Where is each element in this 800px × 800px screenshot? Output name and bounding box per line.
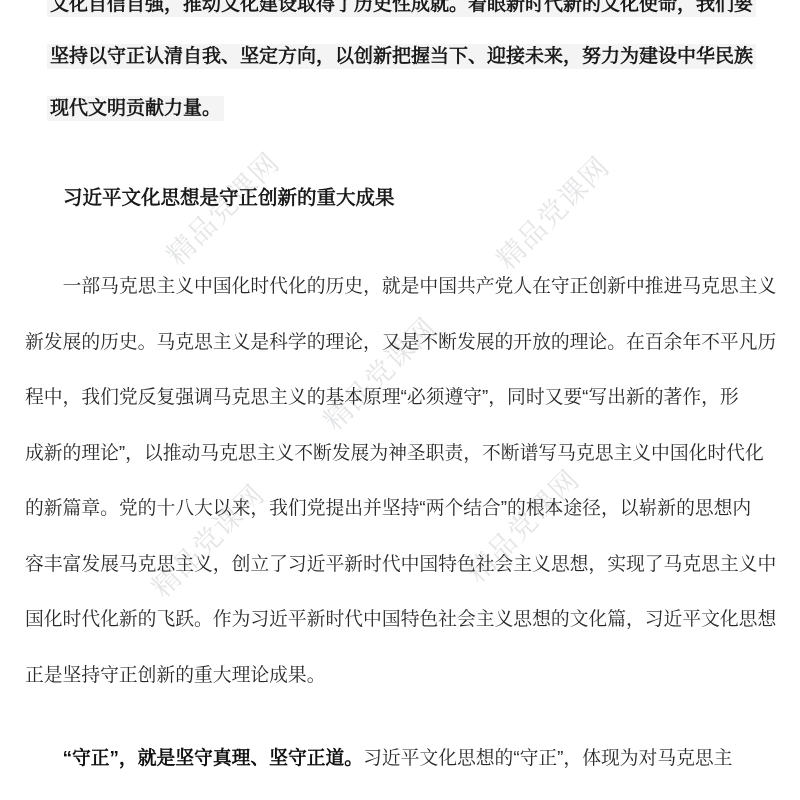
article-body: 文化自信自强，推动文化建设取得了历史性成就。着眼新时代新的文化使命，我们要 坚持… (0, 0, 800, 786)
body-paragraph: 一部马克思主义中国化时代化的历史，就是中国共产党人在守正创新中推进马克思主义 新… (25, 258, 795, 702)
bold-lead-text: “守正”，就是坚守真理、坚守正道。 (63, 747, 364, 768)
highlighted-text: 坚持以守正认清自我、坚定方向，以创新把握当下、迎接未来，努力为建设中华民族 (47, 44, 756, 69)
regular-text: 习近平文化思想的“守正”，体现为对马克思主 (363, 747, 732, 768)
intro-line: 坚持以守正认清自我、坚定方向，以创新把握当下、迎接未来，努力为建设中华民族 (47, 31, 757, 83)
body-line: 新发展的历史。马克思主义是科学的理论，又是不断发展的开放的理论。在百余年不平凡历 (25, 314, 795, 370)
closing-paragraph: “守正”，就是坚守真理、坚守正道。习近平文化思想的“守正”，体现为对马克思主 (25, 730, 795, 786)
body-line: 容丰富发展马克思主义，创立了习近平新时代中国特色社会主义思想，实现了马克思主义中 (25, 536, 795, 592)
intro-line: 现代文明贡献力量。 (47, 83, 757, 135)
document-page: { "page": { "background_color": "#ffffff… (0, 0, 800, 800)
body-line: 的新篇章。党的十八大以来，我们党提出并坚持“两个结合”的根本途径，以崭新的思想内 (25, 480, 795, 536)
intro-line: 文化自信自强，推动文化建设取得了历史性成就。着眼新时代新的文化使命，我们要 (47, 0, 757, 31)
body-line: 程中，我们党反复强调马克思主义的基本原理“必须遵守”，同时又要“写出新的著作，形 (25, 369, 795, 425)
body-line: 国化时代化新的飞跃。作为习近平新时代中国特色社会主义思想的文化篇，习近平文化思想 (25, 591, 795, 647)
section-heading: 习近平文化思想是守正创新的重大成果 (63, 172, 800, 224)
body-line: 正是坚持守正创新的重大理论成果。 (25, 647, 795, 703)
intro-paragraph: 文化自信自强，推动文化建设取得了历史性成就。着眼新时代新的文化使命，我们要 坚持… (47, 0, 757, 135)
body-line: 成新的理论”，以推动马克思主义不断发展为神圣职责，不断谱写马克思主义中国化时代化 (25, 425, 795, 481)
highlighted-text: 文化自信自强，推动文化建设取得了历史性成就。着眼新时代新的文化使命，我们要 (47, 0, 756, 17)
highlighted-text: 现代文明贡献力量。 (47, 96, 224, 121)
body-line: 一部马克思主义中国化时代化的历史，就是中国共产党人在守正创新中推进马克思主义 (25, 258, 795, 314)
